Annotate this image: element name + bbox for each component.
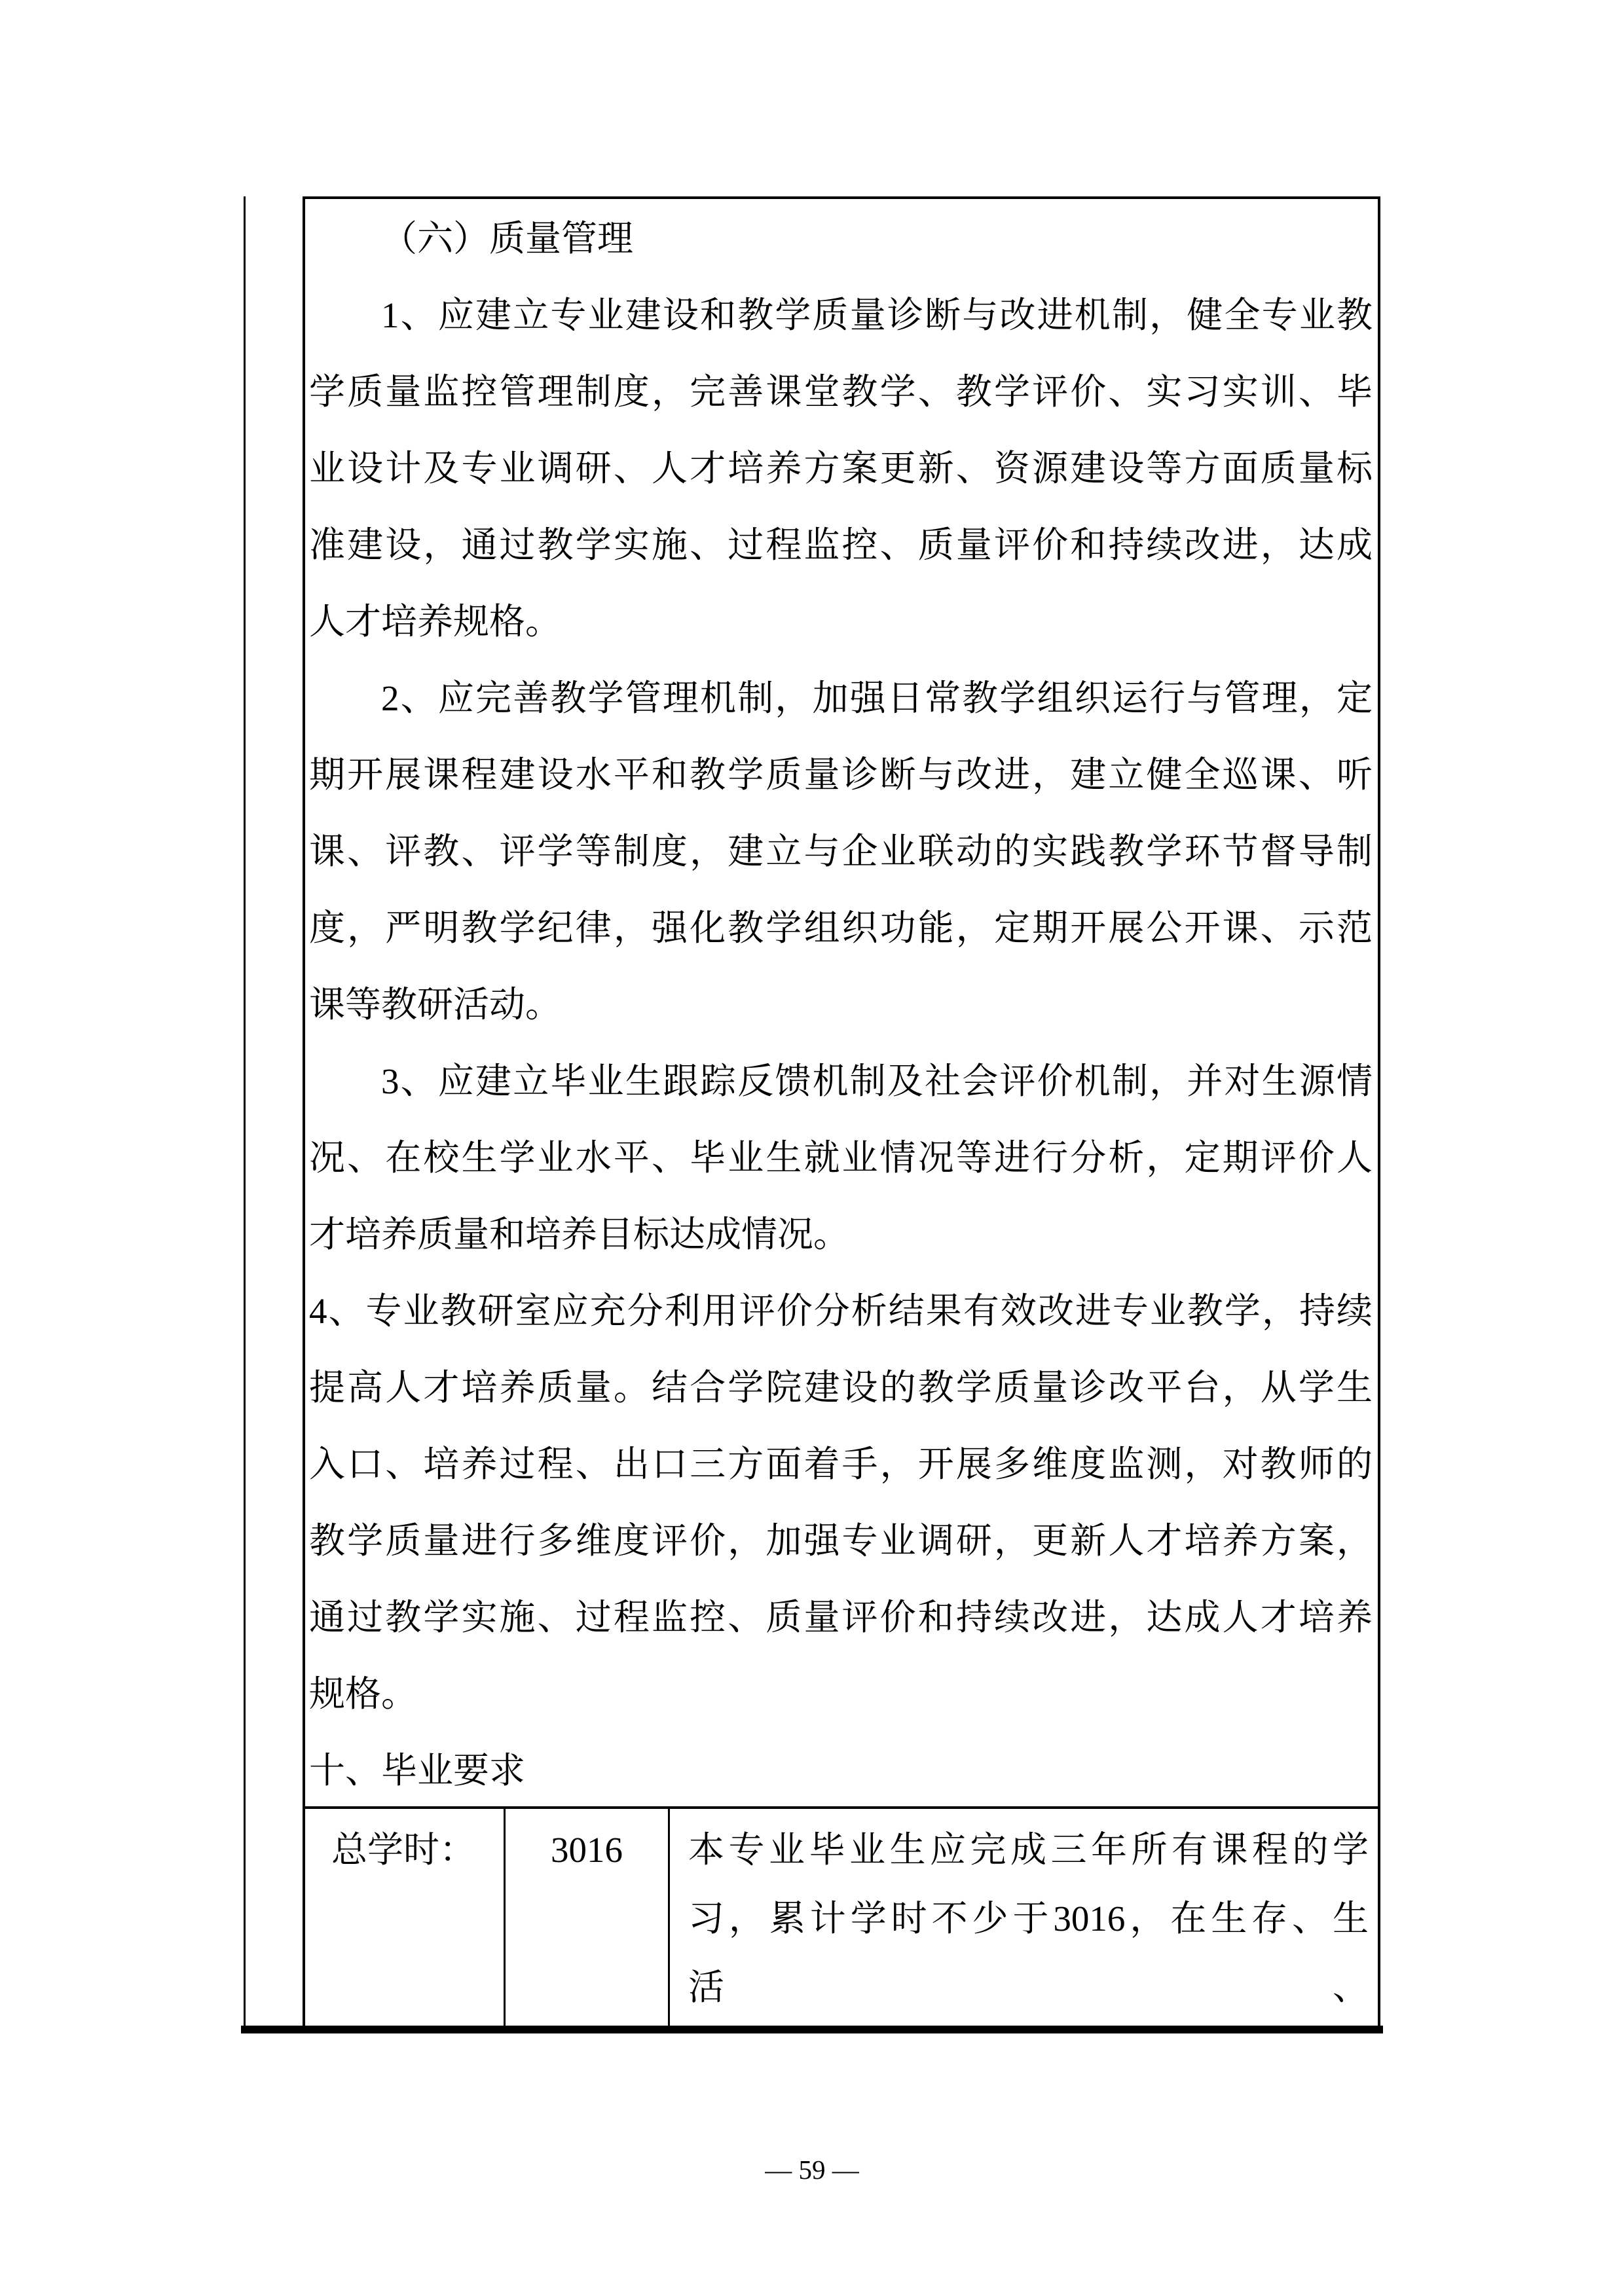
body-text-line: 3、应建立毕业生跟踪反馈机制及社会评价机制，并对生源情: [309, 1043, 1373, 1120]
body-text-line: 教学质量进行多维度评价，加强专业调研，更新人才培养方案，: [309, 1503, 1373, 1579]
body-text-line: 度，严明教学纪律，强化教学组织功能，定期开展公开课、示范: [309, 890, 1373, 966]
body-text-line: 况、在校生学业水平、毕业生就业情况等进行分析，定期评价人: [309, 1120, 1373, 1196]
document-page: （六）质量管理 1、应建立专业建设和教学质量诊断与改进机制，健全专业教 学质量监…: [0, 0, 1624, 2296]
page-break-table-border: [241, 2026, 1383, 2033]
graduation-requirements-table: 总学时： 3016 本专业毕业生应完成三年所有课程的学 习，累计学时不少于301…: [305, 1806, 1378, 2026]
body-text-line: 学质量监控管理制度，完善课堂教学、教学评价、实习实训、毕: [309, 354, 1373, 430]
body-text-block: （六）质量管理 1、应建立专业建设和教学质量诊断与改进机制，健全专业教 学质量监…: [305, 199, 1378, 1809]
body-text-line: 入口、培养过程、出口三方面着手，开展多维度监测，对教师的: [309, 1426, 1373, 1503]
body-text-line: 准建设，通过教学实施、过程监控、质量评价和持续改进，达成: [309, 507, 1373, 583]
body-text-line: 课、评教、评学等制度，建立与企业联动的实践教学环节督导制: [309, 813, 1373, 890]
outer-table-left-border: [244, 196, 246, 2026]
graduation-description-line: 习，累计学时不少于3016，在生存、生活、: [688, 1884, 1369, 2022]
page-number: — 59 —: [0, 2153, 1624, 2187]
graduation-description-cell: 本专业毕业生应完成三年所有课程的学 习，累计学时不少于3016，在生存、生活、 …: [670, 1809, 1378, 2026]
section-heading-graduation-requirements: 十、毕业要求: [309, 1732, 1373, 1809]
graduation-description-line: 本专业毕业生应完成三年所有课程的学: [688, 1815, 1369, 1884]
total-hours-label: 总学时：: [331, 1815, 504, 1884]
body-text-line: 1、应建立专业建设和教学质量诊断与改进机制，健全专业教: [309, 277, 1373, 354]
content-table-cell: （六）质量管理 1、应建立专业建设和教学质量诊断与改进机制，健全专业教 学质量监…: [303, 196, 1380, 2026]
body-text-line: 期开展课程建设水平和教学质量诊断与改进，建立健全巡课、听: [309, 737, 1373, 813]
body-text-line: 业设计及专业调研、人才培养方案更新、资源建设等方面质量标: [309, 430, 1373, 507]
body-text-line: 通过教学实施、过程监控、质量评价和持续改进，达成人才培养: [309, 1579, 1373, 1656]
total-hours-value-cell: 3016: [506, 1809, 670, 2026]
body-text-line: 人才培养规格。: [309, 583, 1373, 660]
body-text-line: 2、应完善教学管理机制，加强日常教学组织运行与管理，定: [309, 660, 1373, 737]
total-hours-label-cell: 总学时：: [305, 1809, 506, 2026]
body-text-line: 才培养质量和培养目标达成情况。: [309, 1196, 1373, 1273]
body-text-line: 4、专业教研室应充分利用评价分析结果有效改进专业教学，持续: [309, 1273, 1373, 1349]
total-hours-value: 3016: [506, 1815, 668, 1884]
body-text-line: 规格。: [309, 1656, 1373, 1732]
body-text-line: 提高人才培养质量。结合学院建设的教学质量诊改平台，从学生: [309, 1349, 1373, 1426]
section-heading-quality-management: （六）质量管理: [309, 200, 1373, 277]
body-text-line: 课等教研活动。: [309, 966, 1373, 1043]
